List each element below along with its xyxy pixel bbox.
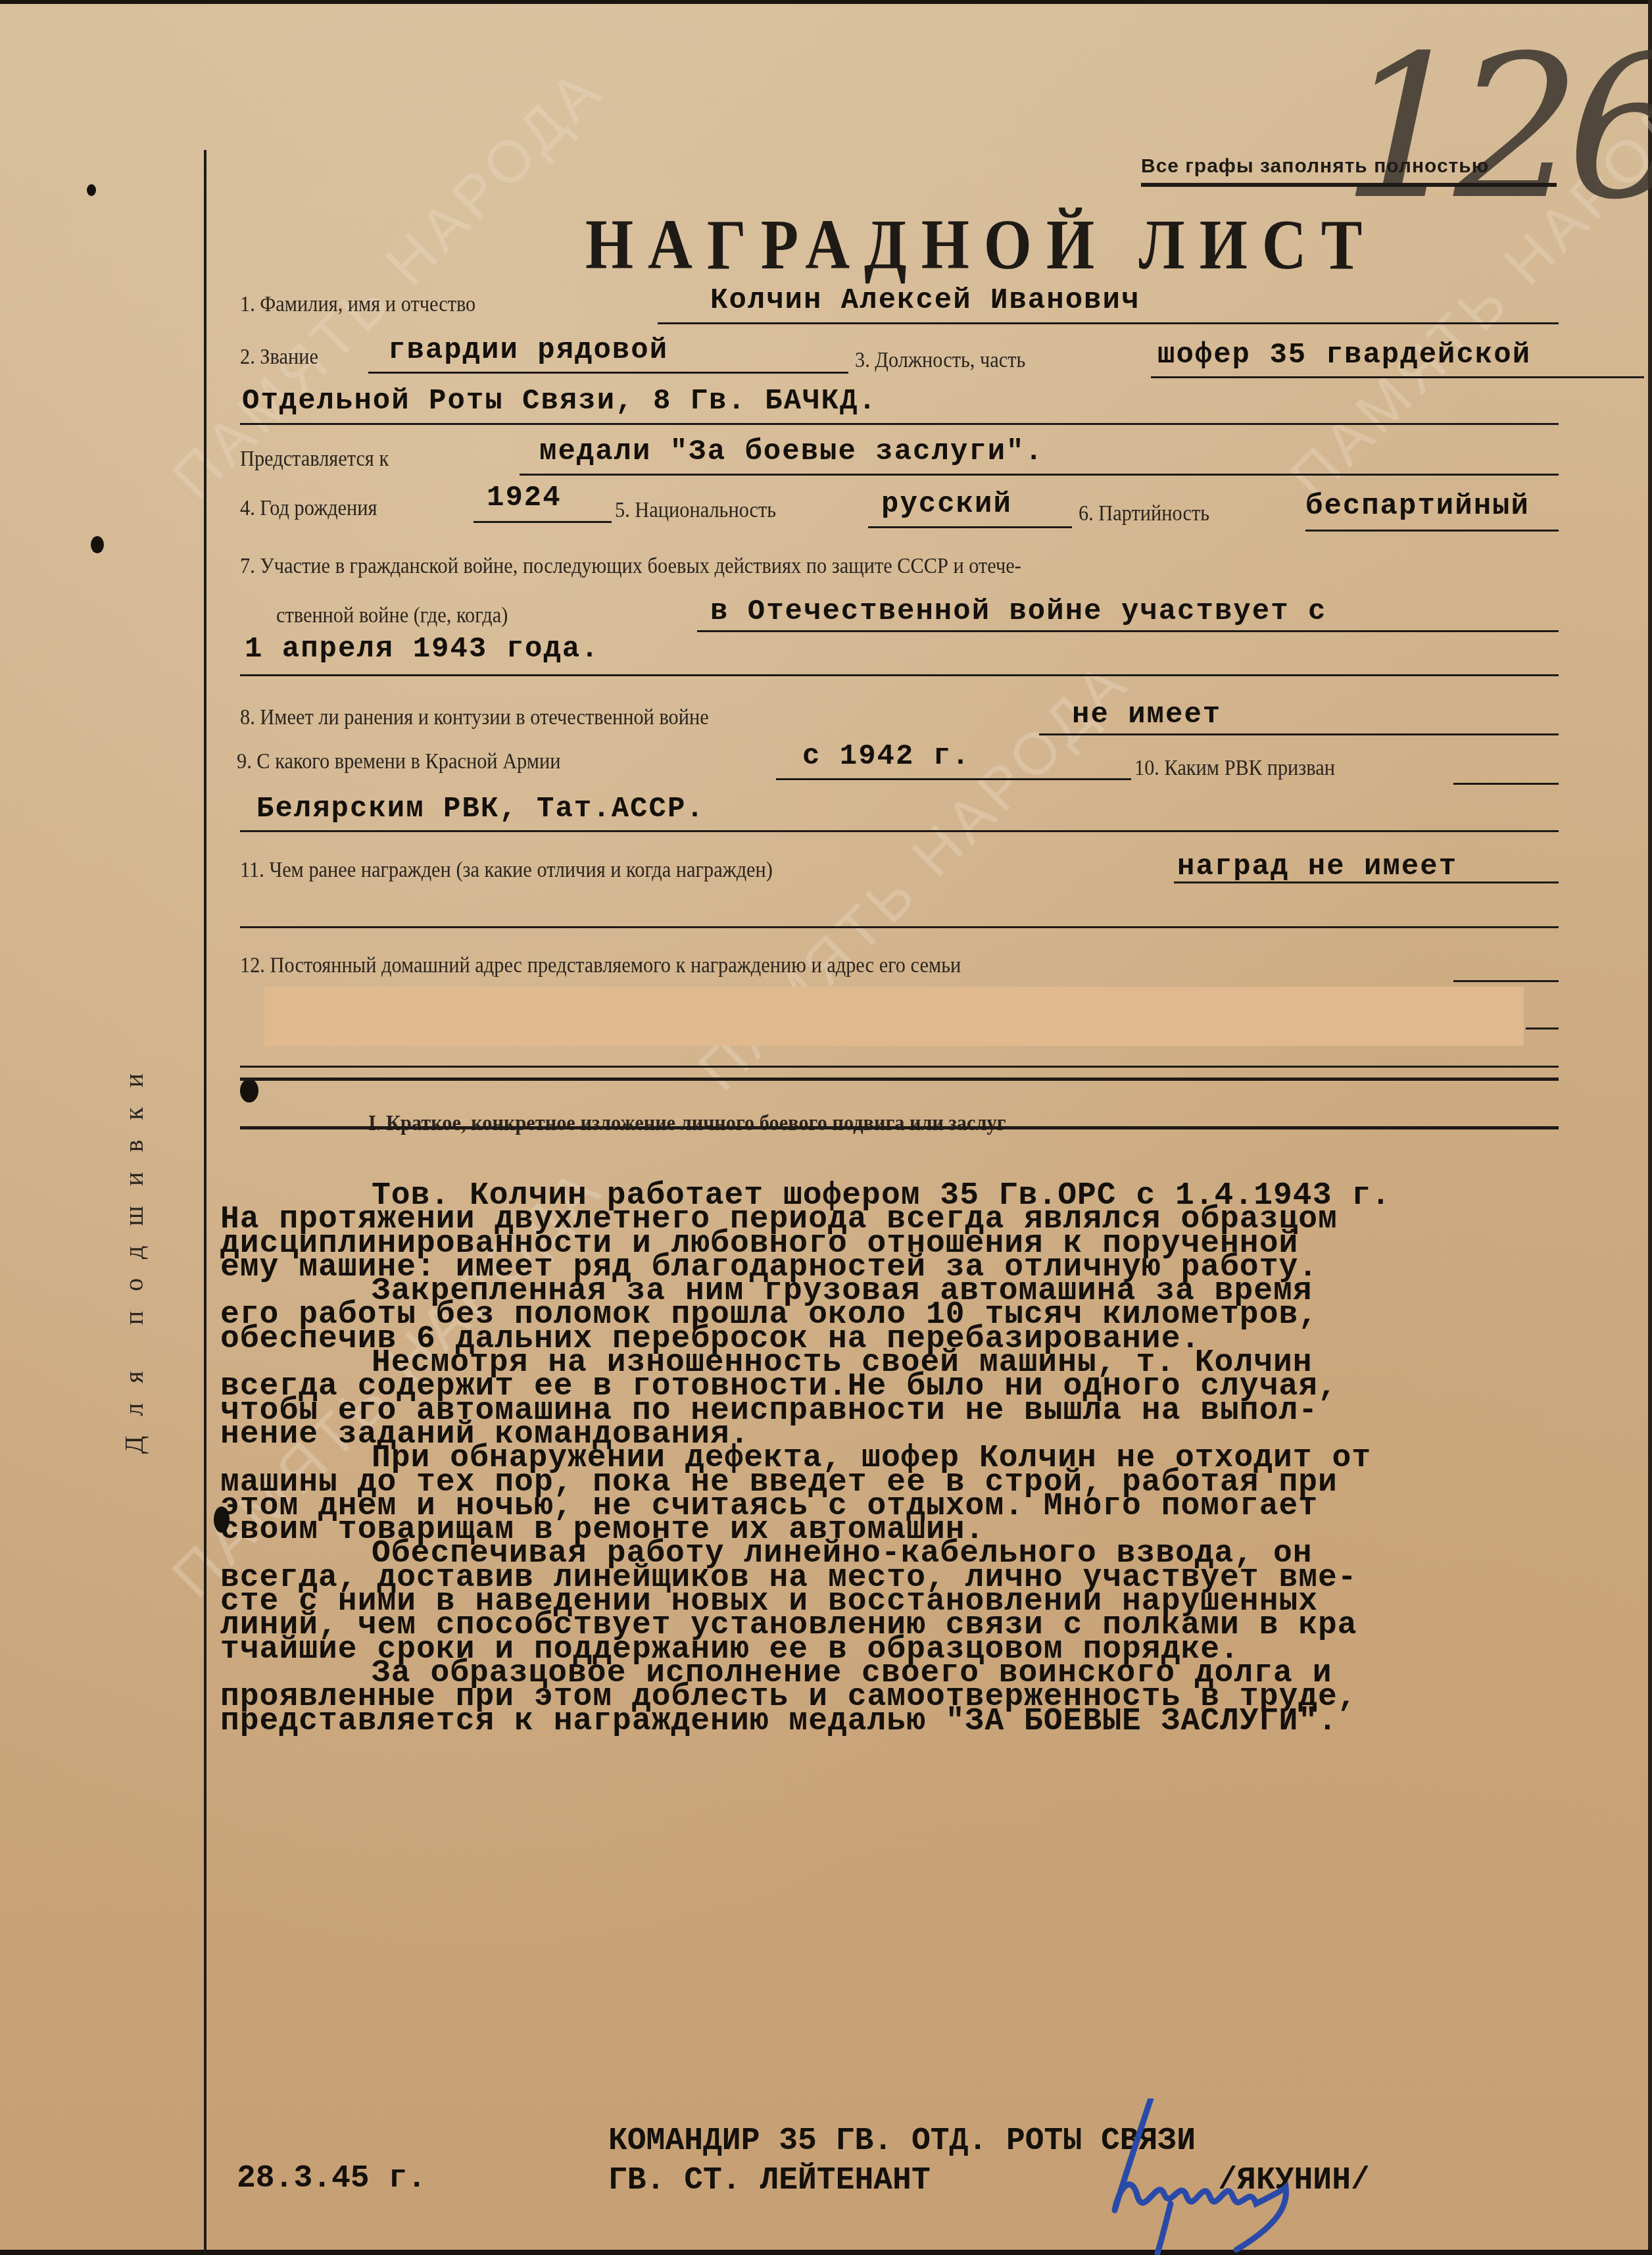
narrative-line: представляется к награждению медалью "ЗА…: [220, 1710, 1652, 1733]
field-2-rule: [368, 372, 848, 374]
binding-label: Для подшивки: [118, 1054, 149, 1454]
award-rule: [520, 474, 1559, 476]
punch-hole: [91, 536, 104, 553]
field-9-label: 9. С какого времени в Красной Армии: [237, 750, 561, 774]
award-label: Представляется к: [240, 447, 389, 472]
field-12-redacted-value: [264, 987, 1524, 1046]
field-1-label: 1. Фамилия, имя и отчество: [240, 293, 475, 317]
field-4-rule: [474, 521, 612, 523]
signature-date: 28.3.45 г.: [237, 2161, 426, 2196]
field-5-value: русский: [881, 488, 1012, 521]
field-7-label: 7. Участие в гражданской войне, последую…: [240, 555, 1021, 579]
field-5-label: 5. Национальность: [615, 499, 776, 523]
field-11-rule: [1174, 881, 1559, 883]
field-1-value: Колчин Алексей Иванович: [710, 284, 1140, 317]
field-12-label: 12. Постоянный домашний адрес представля…: [240, 954, 961, 978]
field-2-value: гвардии рядовой: [388, 334, 668, 367]
field-7-value: в Отечественной войне участвует с: [710, 595, 1326, 628]
field-3-value-continued: Отдельной Роты Связи, 8 Гв. БАЧКД.: [242, 385, 877, 418]
field-12-rule-continued: [1526, 1028, 1559, 1029]
field-11-label: 11. Чем ранее награжден (за какие отличи…: [240, 858, 773, 883]
field-4-label: 4. Год рождения: [240, 497, 377, 521]
field-10-rule: [1453, 783, 1559, 785]
scan-edge-bottom: [0, 2250, 1652, 2255]
field-11-rule-continued: [240, 926, 1559, 928]
binding-margin-line: [204, 150, 206, 2255]
field-10-rule-continued: [240, 830, 1559, 832]
section-divider-top-2: [240, 1078, 1559, 1081]
field-8-value: не имеет: [1072, 699, 1221, 731]
field-10-value: Белярским РВК, Тат.АССР.: [256, 793, 705, 826]
page-title: НАГРАДНОЙ ЛИСТ: [585, 204, 1376, 285]
header-note: Все графы заполнять полностью: [1141, 155, 1489, 178]
field-6-label: 6. Партийность: [1079, 502, 1209, 526]
scan-edge-top: [0, 0, 1652, 4]
section-title: I. Краткое, конкретное изложение личного…: [368, 1112, 1006, 1136]
field-7-rule: [697, 630, 1559, 632]
field-9-value: с 1942 г.: [802, 740, 971, 773]
field-3-label: 3. Должность, часть: [855, 349, 1025, 373]
signer-rank-text: ГВ. СТ. ЛЕЙТЕНАНТ: [608, 2163, 931, 2198]
section-divider-top-1: [240, 1066, 1559, 1068]
award-value: медали "За боевые заслуги".: [539, 435, 1044, 468]
field-8-rule: [1039, 733, 1559, 735]
field-5-rule: [868, 526, 1072, 528]
field-1-rule: [658, 322, 1559, 324]
handwritten-signature-icon: [1052, 2098, 1368, 2255]
field-4-value: 1924: [487, 482, 562, 514]
narrative-text: Тов. Колчин работает шофером 35 Гв.ОРС с…: [220, 1184, 1652, 1733]
field-2-label: 2. Звание: [240, 345, 318, 370]
scan-edge-right: [1648, 0, 1652, 2255]
punch-hole: [87, 184, 96, 196]
punch-hole: [240, 1079, 258, 1103]
field-7-rule-continued: [240, 674, 1559, 676]
field-6-rule: [1305, 530, 1559, 532]
field-8-label: 8. Имеет ли ранения и контузии в отечест…: [240, 706, 709, 730]
section-divider-bottom: [240, 1126, 1559, 1129]
field-3-rule-continued: [240, 423, 1559, 425]
field-7-value-continued: 1 апреля 1943 года.: [245, 633, 600, 666]
field-3-value: шофер 35 гвардейской: [1157, 339, 1531, 372]
field-6-value: беспартийный: [1305, 490, 1530, 523]
field-3-rule: [1151, 376, 1644, 378]
field-7-label-continued: ственной войне (где, когда): [276, 604, 508, 628]
field-10-label: 10. Каким РВК призван: [1134, 756, 1335, 781]
field-12-rule: [1453, 980, 1559, 982]
field-11-value: наград не имеет: [1177, 851, 1457, 883]
header-note-rule: [1141, 183, 1557, 187]
field-9-rule: [776, 778, 1131, 780]
